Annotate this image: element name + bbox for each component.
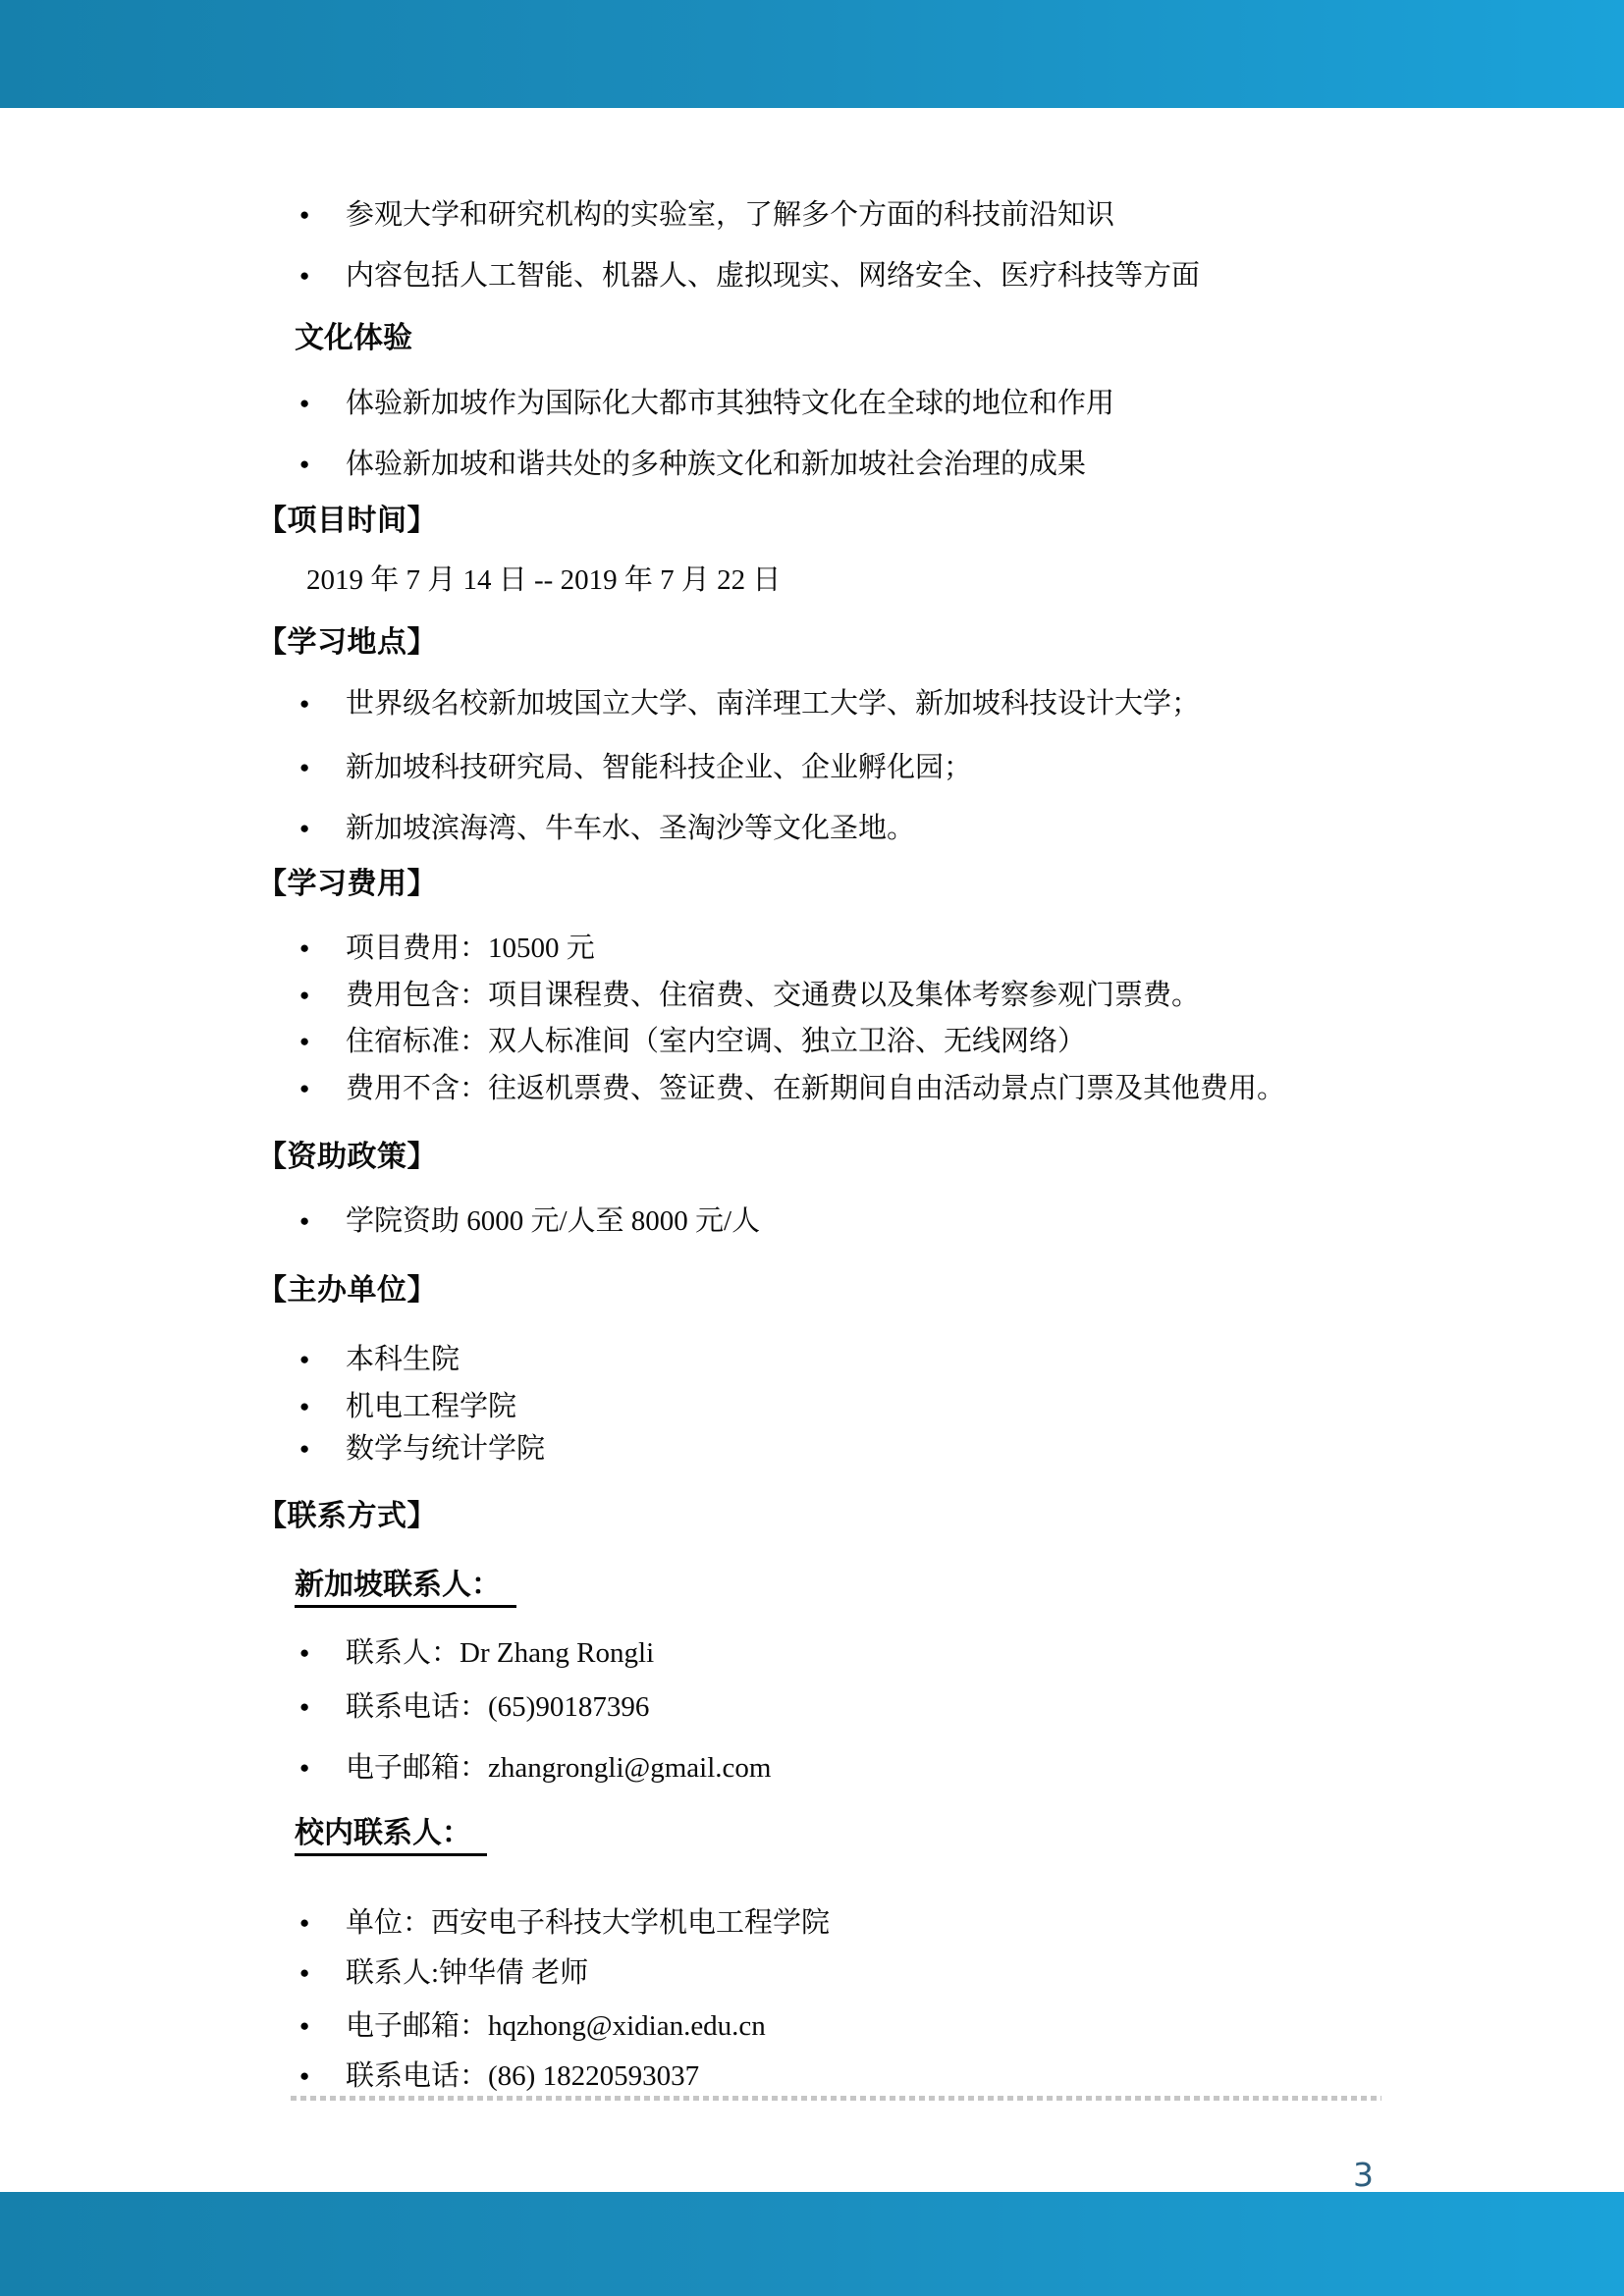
list-item: ● 单位：西安电子科技大学机电工程学院: [299, 1904, 1624, 1942]
list-item: ● 电子邮箱：hqzhong@xidian.edu.cn: [299, 2007, 1624, 2045]
list-item: ● 联系人:钟华倩 老师: [299, 1954, 1624, 1992]
bullet-dot-icon: ●: [299, 685, 346, 722]
page-number: 3: [1353, 2156, 1374, 2194]
contact-organization: 单位：西安电子科技大学机电工程学院: [346, 1904, 1624, 1942]
list-item-text: 体验新加坡作为国际化大都市其独特文化在全球的地位和作用: [346, 385, 1624, 422]
list-item: ● 项目费用：10500 元: [299, 930, 1624, 967]
section-heading-schedule: 【项目时间】: [257, 503, 1624, 540]
contact-person: 联系人：Dr Zhang Rongli: [346, 1634, 1624, 1672]
bullet-dot-icon: ●: [299, 1634, 346, 1672]
dashed-divider: [291, 2095, 1381, 2101]
bullet-dot-icon: ●: [299, 257, 346, 294]
section-heading-contacts: 【联系方式】: [257, 1498, 1624, 1535]
list-item: ● 本科生院: [299, 1341, 1624, 1378]
bullet-dot-icon: ●: [299, 1388, 346, 1425]
singapore-contact-subheading: 新加坡联系人：: [295, 1567, 1624, 1608]
bullet-dot-icon: ●: [299, 977, 346, 1014]
singapore-contact-label: 新加坡联系人：: [295, 1567, 516, 1608]
bullet-dot-icon: ●: [299, 1070, 346, 1107]
list-item: ● 电子邮箱：zhangrongli@gmail.com: [299, 1749, 1624, 1787]
list-item: ● 参观大学和研究机构的实验室，了解多个方面的科技前沿知识: [299, 196, 1624, 234]
footer-band: [0, 2192, 1624, 2296]
bullet-dot-icon: ●: [299, 196, 346, 234]
section-heading-funding: 【资助政策】: [257, 1139, 1624, 1176]
bullet-dot-icon: ●: [299, 2007, 346, 2045]
list-item: ● 费用不含：往返机票费、签证费、在新期间自由活动景点门票及其他费用。: [299, 1070, 1624, 1107]
list-item: ● 新加坡科技研究局、智能科技企业、企业孵化园；: [299, 749, 1624, 786]
list-item: ● 机电工程学院: [299, 1388, 1624, 1425]
bullet-dot-icon: ●: [299, 1904, 346, 1942]
list-item-text: 体验新加坡和谐共处的多种族文化和新加坡社会治理的成果: [346, 446, 1624, 483]
list-item: ● 内容包括人工智能、机器人、虚拟现实、网络安全、医疗科技等方面: [299, 257, 1624, 294]
bullet-dot-icon: ●: [299, 446, 346, 483]
section-heading-fees: 【学习费用】: [257, 866, 1624, 903]
bullet-dot-icon: ●: [299, 1430, 346, 1468]
bullet-dot-icon: ●: [299, 810, 346, 847]
contact-email: 电子邮箱：zhangrongli@gmail.com: [346, 1749, 1624, 1787]
list-item: ● 联系电话：(86) 18220593037: [299, 2057, 1624, 2095]
bullet-dot-icon: ●: [299, 1341, 346, 1378]
list-item-text: 新加坡科技研究局、智能科技企业、企业孵化园；: [346, 749, 1624, 786]
list-item-text: 内容包括人工智能、机器人、虚拟现实、网络安全、医疗科技等方面: [346, 257, 1624, 294]
list-item: ● 新加坡滨海湾、牛车水、圣淘沙等文化圣地。: [299, 810, 1624, 847]
list-item-text: 世界级名校新加坡国立大学、南洋理工大学、新加坡科技设计大学；: [346, 685, 1624, 722]
list-item: ● 费用包含：项目课程费、住宿费、交通费以及集体考察参观门票费。: [299, 977, 1624, 1014]
contact-person: 联系人:钟华倩 老师: [346, 1954, 1624, 1992]
section-heading-locations: 【学习地点】: [257, 624, 1624, 662]
campus-contact-subheading: 校内联系人：: [295, 1815, 1624, 1856]
bullet-dot-icon: ●: [299, 930, 346, 967]
bullet-dot-icon: ●: [299, 749, 346, 786]
bullet-dot-icon: ●: [299, 1749, 346, 1787]
header-band: [0, 0, 1624, 108]
list-item-text: 新加坡滨海湾、牛车水、圣淘沙等文化圣地。: [346, 810, 1624, 847]
list-item-text: 数学与统计学院: [346, 1430, 1624, 1468]
list-item-text: 本科生院: [346, 1341, 1624, 1378]
list-item-text: 费用不含：往返机票费、签证费、在新期间自由活动景点门票及其他费用。: [346, 1070, 1624, 1107]
list-item-text: 参观大学和研究机构的实验室，了解多个方面的科技前沿知识: [346, 196, 1624, 234]
campus-contact-label: 校内联系人：: [295, 1815, 487, 1856]
list-item-text: 项目费用：10500 元: [346, 930, 1624, 967]
bullet-dot-icon: ●: [299, 2057, 346, 2095]
contact-phone: 联系电话：(86) 18220593037: [346, 2057, 1624, 2095]
list-item: ● 学院资助 6000 元/人至 8000 元/人: [299, 1202, 1624, 1240]
section-heading-organizers: 【主办单位】: [257, 1272, 1624, 1309]
contact-phone: 联系电话：(65)90187396: [346, 1688, 1624, 1726]
bullet-dot-icon: ●: [299, 385, 346, 422]
list-item: ● 住宿标准：双人标准间（室内空调、独立卫浴、无线网络）: [299, 1023, 1624, 1060]
contact-email: 电子邮箱：hqzhong@xidian.edu.cn: [346, 2007, 1624, 2045]
list-item-text: 费用包含：项目课程费、住宿费、交通费以及集体考察参观门票费。: [346, 977, 1624, 1014]
list-item: ● 体验新加坡和谐共处的多种族文化和新加坡社会治理的成果: [299, 446, 1624, 483]
culture-subheading: 文化体验: [295, 320, 1624, 357]
list-item: ● 联系人：Dr Zhang Rongli: [299, 1634, 1624, 1672]
list-item-text: 机电工程学院: [346, 1388, 1624, 1425]
bullet-dot-icon: ●: [299, 1688, 346, 1726]
list-item: ● 数学与统计学院: [299, 1430, 1624, 1468]
list-item: ● 体验新加坡作为国际化大都市其独特文化在全球的地位和作用: [299, 385, 1624, 422]
bullet-dot-icon: ●: [299, 1954, 346, 1992]
bullet-dot-icon: ●: [299, 1023, 346, 1060]
document-page: ● 参观大学和研究机构的实验室，了解多个方面的科技前沿知识 ● 内容包括人工智能…: [0, 0, 1624, 2296]
page-content: ● 参观大学和研究机构的实验室，了解多个方面的科技前沿知识 ● 内容包括人工智能…: [0, 108, 1624, 2101]
list-item: ● 世界级名校新加坡国立大学、南洋理工大学、新加坡科技设计大学；: [299, 685, 1624, 722]
list-item-text: 学院资助 6000 元/人至 8000 元/人: [346, 1202, 1624, 1240]
list-item: ● 联系电话：(65)90187396: [299, 1688, 1624, 1726]
list-item-text: 住宿标准：双人标准间（室内空调、独立卫浴、无线网络）: [346, 1023, 1624, 1060]
schedule-date-range: 2019 年 7 月 14 日 -- 2019 年 7 月 22 日: [306, 561, 1624, 599]
bullet-dot-icon: ●: [299, 1202, 346, 1240]
